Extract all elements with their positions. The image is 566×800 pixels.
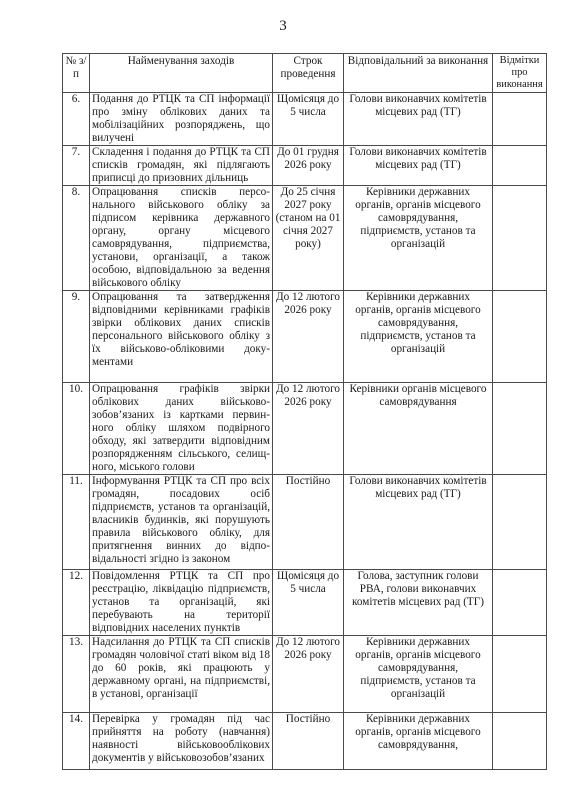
responsible-cell: Керівники державних органів, органів міс… [344,636,493,713]
term-cell: Постійно [273,475,344,570]
measure-name-cell: Опрацювання та затвердження відповідними… [90,291,273,383]
responsible-cell: Керівники державних органів, органів міс… [344,186,493,291]
row-number-cell: 11. [63,475,90,570]
responsible-cell: Керівники державних органів, органів міс… [344,713,493,770]
table-row: 10.Опрацювання графіків звірки облікових… [63,383,547,475]
measure-name-cell: Повідомлення РТЦК та СП про реєстрацію, … [90,570,273,636]
table-row: 14.Перевірка у громадян під час прийнятт… [63,713,547,770]
measure-name-cell: Інформування РТЦК та СП про всіх громадя… [90,475,273,570]
row-number-cell: 6. [63,93,90,146]
completion-marks-cell [493,475,547,570]
row-number-cell: 13. [63,636,90,713]
measures-table: № з/п Найменування заходів Строк проведе… [62,53,547,770]
table-row: 13.Надсилання до РТЦК та СП списків гром… [63,636,547,713]
completion-marks-cell [493,570,547,636]
measure-name-cell: Подання до РТЦК та СП інформації про змі… [90,93,273,146]
table-row: 12.Повідомлення РТЦК та СП про реєстраці… [63,570,547,636]
completion-marks-cell [493,93,547,146]
header-name: Найменування заходів [90,54,273,93]
row-number-cell: 9. [63,291,90,383]
measure-name-cell: Перевірка у громадян під час прийняття н… [90,713,273,770]
table-header-row: № з/п Найменування заходів Строк проведе… [63,54,547,93]
measure-name-cell: Опрацювання списків персо-нального війсь… [90,186,273,291]
term-cell: До 12 лютого 2026 року [273,383,344,475]
term-cell: Щомісяця до 5 числа [273,570,344,636]
header-num: № з/п [63,54,90,93]
responsible-cell: Голови виконавчих комітетів місцевих рад… [344,146,493,186]
term-cell: Постійно [273,713,344,770]
term-cell: До 12 лютого 2026 року [273,291,344,383]
page-number: 3 [0,18,566,35]
term-cell: До 12 лютого 2026 року [273,636,344,713]
header-term: Строк проведення [273,54,344,93]
responsible-cell: Голова, заступник голови РВА, голови вик… [344,570,493,636]
header-marks: Відмітки про виконання [493,54,547,93]
row-number-cell: 8. [63,186,90,291]
responsible-cell: Керівники державних органів, органів міс… [344,291,493,383]
term-cell: Щомісяця до 5 числа [273,93,344,146]
table-row: 8.Опрацювання списків персо-нального вій… [63,186,547,291]
row-number-cell: 14. [63,713,90,770]
row-number-cell: 7. [63,146,90,186]
measure-name-cell: Надсилання до РТЦК та СП списків громадя… [90,636,273,713]
term-cell: До 01 грудня 2026 року [273,146,344,186]
row-number-cell: 10. [63,383,90,475]
header-responsible: Відповідальний за виконання [344,54,493,93]
responsible-cell: Голови виконавчих комітетів місцевих рад… [344,93,493,146]
term-cell: До 25 січня 2027 року (станом на 01 січн… [273,186,344,291]
completion-marks-cell [493,383,547,475]
row-number-cell: 12. [63,570,90,636]
completion-marks-cell [493,713,547,770]
measure-name-cell: Опрацювання графіків звірки облікових да… [90,383,273,475]
table-row: 11.Інформування РТЦК та СП про всіх гром… [63,475,547,570]
table-row: 9.Опрацювання та затвердження відповідни… [63,291,547,383]
table-row: 7.Складення і подання до РТЦК та СП спис… [63,146,547,186]
completion-marks-cell [493,146,547,186]
completion-marks-cell [493,636,547,713]
table-row: 6.Подання до РТЦК та СП інформації про з… [63,93,547,146]
completion-marks-cell [493,186,547,291]
completion-marks-cell [493,291,547,383]
responsible-cell: Керівники органів місцевого самоврядуван… [344,383,493,475]
responsible-cell: Голови виконавчих комітетів місцевих рад… [344,475,493,570]
measure-name-cell: Складення і подання до РТЦК та СП спискі… [90,146,273,186]
